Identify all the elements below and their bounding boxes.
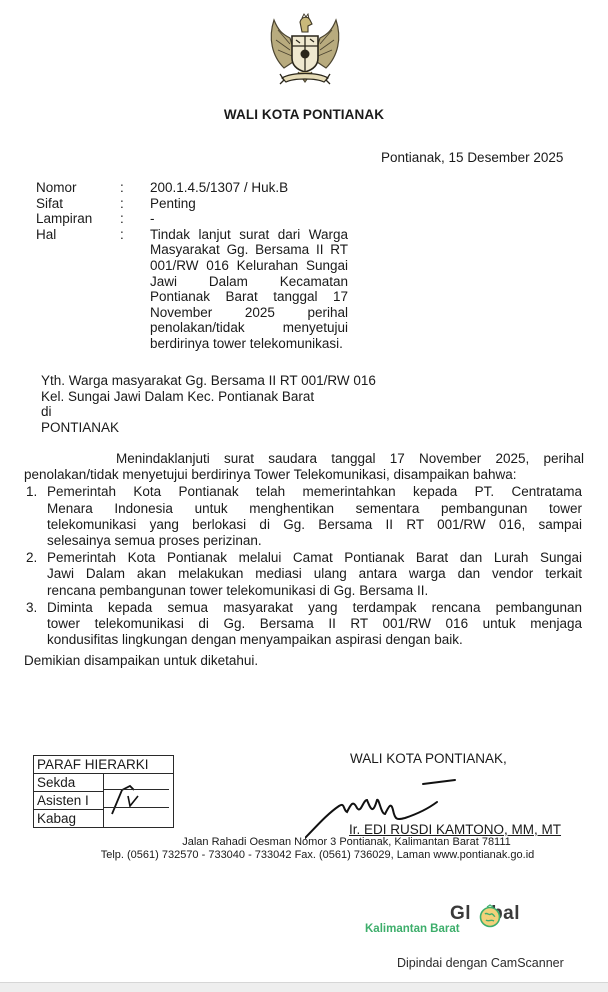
opening-line: penolakan/tidak menyetujui berdirinya To… <box>24 467 584 483</box>
point-line: Menara Indonesia untuk menghentikan seme… <box>47 501 582 517</box>
point-text: Diminta kepada semua masyarakat yang ter… <box>42 600 584 649</box>
recipient-city: PONTIANAK <box>41 420 376 436</box>
point-line: telekomunikasi yang berlokasi di Gg. Ber… <box>47 517 582 533</box>
globe-logo-icon <box>479 904 501 928</box>
paraf-row-divider <box>103 807 169 808</box>
point-line: selesainya semua proses perizinan. <box>47 533 582 549</box>
subject-line: 001/RW 016 Kelurahan Sungai <box>150 258 348 274</box>
point-text: Pemerintah Kota Pontianak telah memerint… <box>42 484 584 549</box>
meta-label: Sifat <box>36 196 120 212</box>
opening-paragraph: Menindaklanjuti surat saudara tanggal 17… <box>24 451 584 467</box>
point-text: Pemerintah Kota Pontianak melalui Camat … <box>42 550 584 599</box>
point-line: Pemerintah Kota Pontianak telah memerint… <box>47 484 582 500</box>
point-line: Diminta kepada semua masyarakat yang ter… <box>47 600 582 616</box>
point-line: Pemerintah Kota Pontianak melalui Camat … <box>47 550 582 566</box>
subject-line: Tindak lanjut surat dari Warga <box>150 227 348 243</box>
paraf-label: Kabag <box>34 810 104 828</box>
letter-metadata: Nomor : 200.1.4.5/1307 / Huk.B Sifat : P… <box>36 180 348 352</box>
meta-row-nomor: Nomor : 200.1.4.5/1307 / Huk.B <box>36 180 348 196</box>
points-list: 1. Pemerintah Kota Pontianak telah memer… <box>24 484 584 648</box>
footer-address-line: Jalan Rahadi Oesman Nomor 3 Pontianak, K… <box>0 836 608 850</box>
point-line: tower telekomunikasi di Gg. Bersama II R… <box>47 616 582 632</box>
recipient-block: Yth. Warga masyarakat Gg. Bersama II RT … <box>41 373 376 436</box>
letterhead-title: WALI KOTA PONTIANAK <box>0 107 608 122</box>
meta-colon: : <box>120 211 150 227</box>
meta-row-lampiran: Lampiran : - <box>36 211 348 227</box>
subject-line: Jawi Dalam Kecamatan <box>150 274 348 290</box>
paraf-row-divider <box>103 789 169 790</box>
recipient-line: Yth. Warga masyarakat Gg. Bersama II RT … <box>41 373 376 389</box>
meta-value-nomor: 200.1.4.5/1307 / Huk.B <box>150 180 348 196</box>
watermark-logo: Kalimantan Barat Glbal <box>365 900 565 940</box>
closing-sentence: Demikian disampaikan untuk diketahui. <box>24 653 584 669</box>
meta-label: Hal <box>36 227 120 352</box>
bottom-bar <box>0 982 608 992</box>
paraf-label: Asisten I <box>34 792 104 810</box>
point-line: Jawi Dalam akan melakukan mediasi ulang … <box>47 566 582 582</box>
paraf-header: PARAF HIERARKI <box>34 756 174 774</box>
initial-mark-icon <box>104 774 168 822</box>
meta-value-hal: Tindak lanjut surat dari Warga Masyaraka… <box>150 227 348 352</box>
point-item: 1. Pemerintah Kota Pontianak telah memer… <box>24 484 584 549</box>
point-line: rencana pembangunan tower telekomunikasi… <box>47 583 582 599</box>
subject-line: November 2025 perihal <box>150 305 348 321</box>
meta-row-hal: Hal : Tindak lanjut surat dari Warga Mas… <box>36 227 348 352</box>
paraf-initial-cell <box>104 774 174 828</box>
meta-colon: : <box>120 180 150 196</box>
meta-value-sifat: Penting <box>150 196 348 212</box>
letter-date: Pontianak, 15 Desember 2025 <box>381 150 563 165</box>
point-item: 2. Pemerintah Kota Pontianak melalui Cam… <box>24 550 584 599</box>
point-number: 2. <box>24 550 42 599</box>
watermark-region: Kalimantan Barat <box>365 923 460 935</box>
signatory-name: Ir. EDI RUSDI KAMTONO, MM, MT <box>349 822 561 837</box>
meta-label: Nomor <box>36 180 120 196</box>
garuda-emblem-icon <box>262 8 348 94</box>
meta-value-lampiran: - <box>150 211 348 227</box>
paraf-hierarki-table: PARAF HIERARKI Sekda Asisten I Kabag <box>33 755 174 828</box>
paraf-label: Sekda <box>34 774 104 792</box>
footer-contact-line: Telp. (0561) 732570 - 733040 - 733042 Fa… <box>0 849 608 863</box>
meta-colon: : <box>120 227 150 352</box>
recipient-line: Kel. Sungai Jawi Dalam Kec. Pontianak Ba… <box>41 389 376 405</box>
subject-line: penolakan/tidak menyetujui <box>150 320 348 336</box>
subject-line: berdirinya tower telekomunikasi. <box>150 336 348 352</box>
recipient-line: di <box>41 404 376 420</box>
point-number: 1. <box>24 484 42 549</box>
scanner-caption: Dipindai dengan CamScanner <box>397 956 564 970</box>
point-item: 3. Diminta kepada semua masyarakat yang … <box>24 600 584 649</box>
point-number: 3. <box>24 600 42 649</box>
meta-label: Lampiran <box>36 211 120 227</box>
meta-colon: : <box>120 196 150 212</box>
subject-line: Masyarakat Gg. Bersama II RT <box>150 242 348 258</box>
signatory-title: WALI KOTA PONTIANAK, <box>350 751 507 766</box>
point-line: kondusifitas lingkungan dengan menyampai… <box>47 632 582 648</box>
letter-body: Menindaklanjuti surat saudara tanggal 17… <box>24 451 584 670</box>
brand-prefix: Gl <box>450 903 471 924</box>
subject-line: Pontianak Barat tanggal 17 <box>150 289 348 305</box>
meta-row-sifat: Sifat : Penting <box>36 196 348 212</box>
opening-line: Menindaklanjuti surat saudara tanggal 17… <box>24 451 584 467</box>
